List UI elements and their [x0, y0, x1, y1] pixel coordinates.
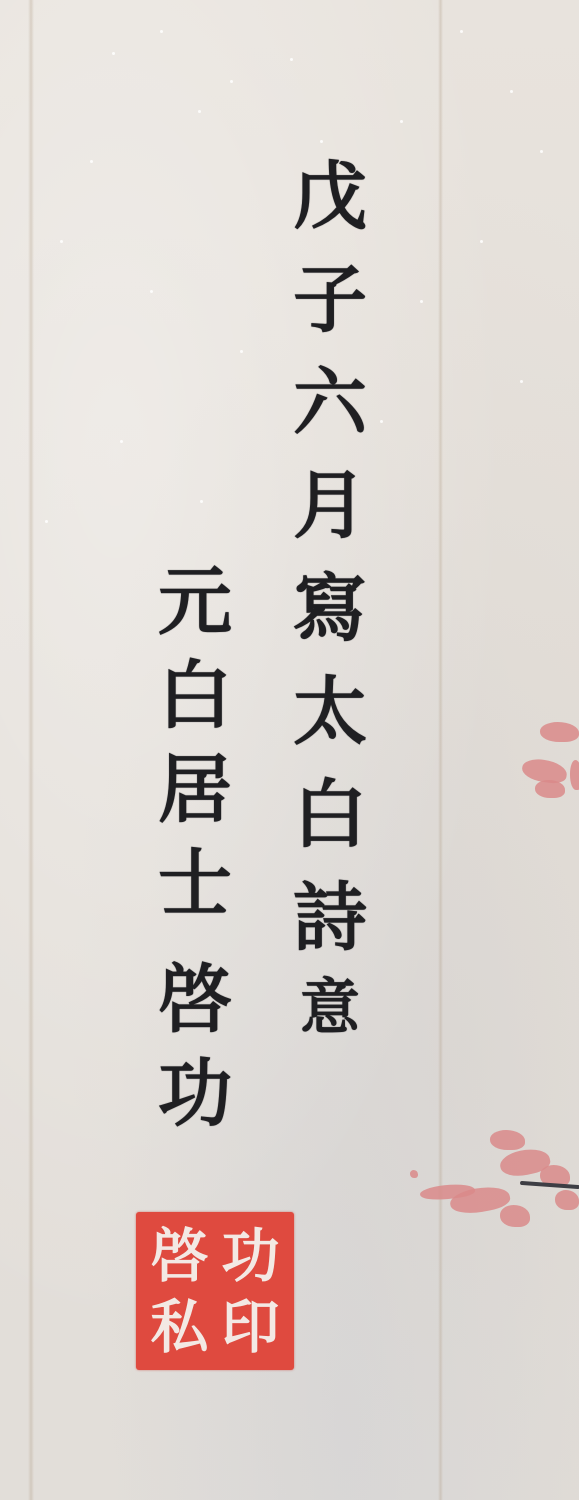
inscription-char: 子 — [293, 263, 367, 337]
inscription-char: 太 — [293, 675, 367, 749]
signature-char: 士 — [158, 847, 232, 921]
paper-fold-line — [28, 0, 34, 1500]
signature-char: 功 — [158, 1057, 232, 1131]
inscription-main-column: 戊 子 六 月 寫 太 白 詩 意 — [280, 160, 380, 1067]
inscription-char: 六 — [293, 366, 367, 440]
signature-char: 元 — [158, 565, 232, 639]
inscription-char: 詩 — [293, 881, 367, 955]
inscription-char: 月 — [293, 469, 367, 543]
seal-char: 印 — [215, 1291, 286, 1362]
signature-char: 白 — [158, 659, 232, 733]
inscription-char: 戊 — [293, 160, 367, 234]
seal-char: 功 — [215, 1220, 286, 1291]
signature-char: 居 — [158, 753, 232, 827]
seal-char: 啓 — [144, 1220, 215, 1291]
paper-fold-line — [438, 0, 443, 1500]
inscription-char: 寫 — [293, 572, 367, 646]
artist-seal: 啓 功 私 印 — [136, 1212, 294, 1370]
inscription-char: 意 — [300, 978, 360, 1038]
signature-char: 啓 — [158, 963, 232, 1037]
seal-char: 私 — [144, 1291, 215, 1362]
signature-column: 元 白 居 士 啓 功 — [140, 565, 250, 1151]
inscription-char: 白 — [293, 778, 367, 852]
